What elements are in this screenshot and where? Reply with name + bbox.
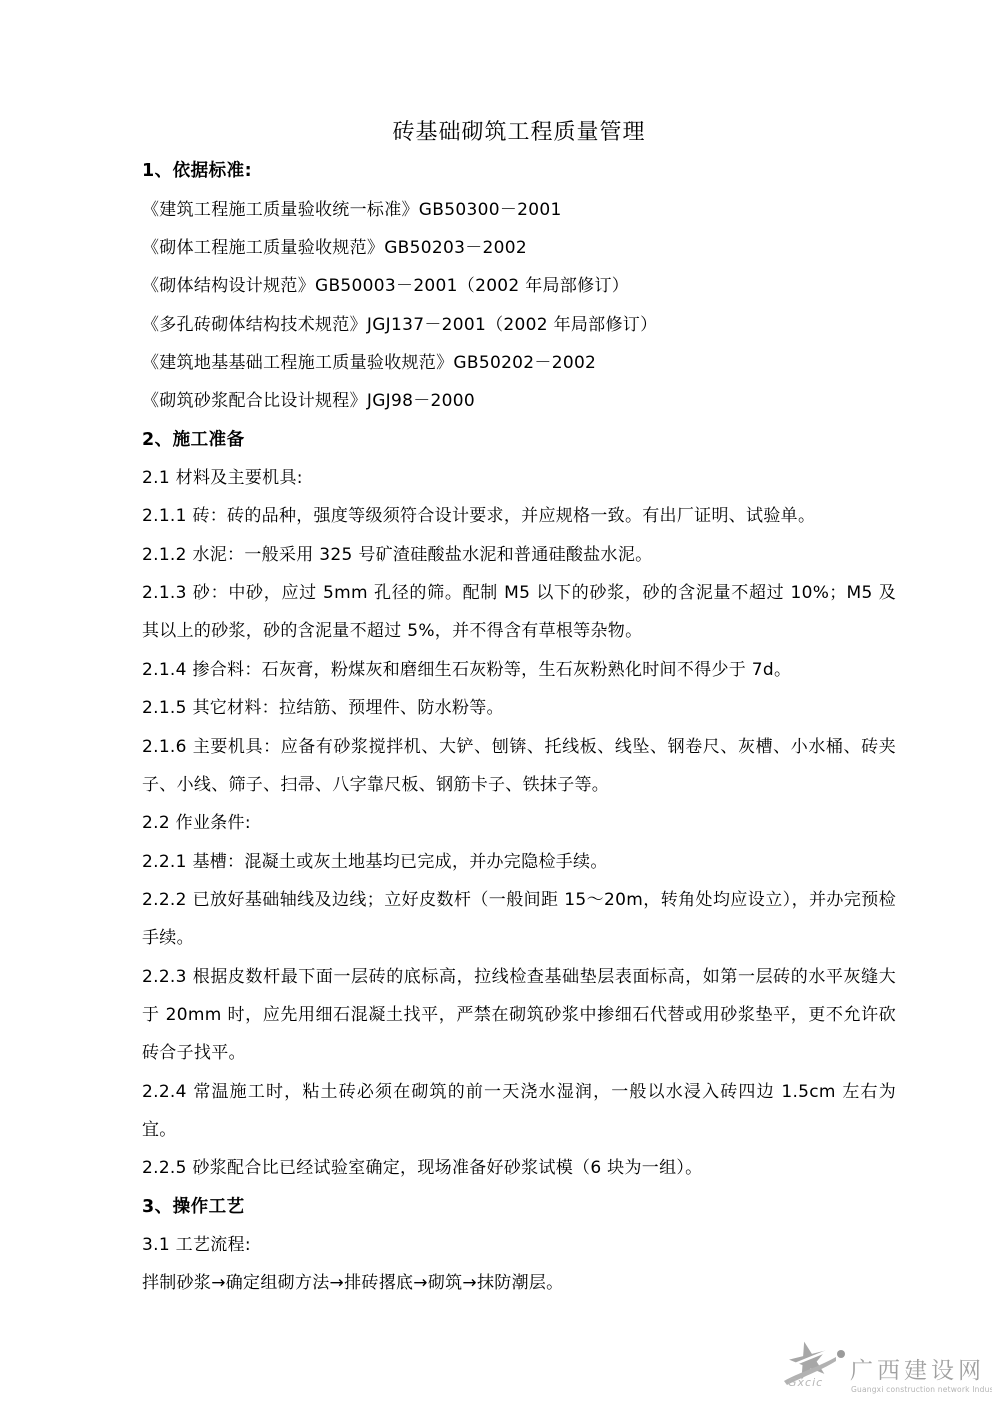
paragraph-2-2-2: 2.2.2 已放好基础轴线及边线；立好皮数杆（一般间距 15～20m，转角处均应… (142, 881, 896, 958)
paragraph-2-2-5: 2.2.5 砂浆配合比已经试验室确定，现场准备好砂浆试模（6 块为一组）。 (142, 1149, 896, 1187)
page-title: 砖基础砌筑工程质量管理 (142, 114, 896, 152)
reference-item: 《砌体工程施工质量验收规范》GB50203－2002 (142, 229, 896, 267)
reference-item: 《砌体结构设计规范》GB50003－2001（2002 年局部修订） (142, 267, 896, 305)
dot-icon (837, 1350, 845, 1358)
document-page: { "document": { "title": "砖基础砌筑工程质量管理", … (0, 0, 992, 1403)
reference-item: 《建筑地基基础工程施工质量验收规范》GB50202－2002 (142, 344, 896, 382)
paragraph-3-1: 3.1 工艺流程: (142, 1226, 896, 1264)
document-body: 砖基础砌筑工程质量管理 1、依据标准: 《建筑工程施工质量验收统一标准》GB50… (142, 114, 896, 1303)
paragraph-2-1-1: 2.1.1 砖：砖的品种，强度等级须符合设计要求，并应规格一致。有出厂证明、试验… (142, 497, 896, 535)
paragraph-2-1-4: 2.1.4 掺合料：石灰膏，粉煤灰和磨细生石灰粉等，生石灰粉熟化时间不得少于 7… (142, 651, 896, 689)
paragraph-process-flow: 拌制砂浆→确定组砌方法→排砖撂底→砌筑→抹防潮层。 (142, 1264, 896, 1302)
reference-item: 《建筑工程施工质量验收统一标准》GB50300－2001 (142, 191, 896, 229)
paragraph-2-2-4: 2.2.4 常温施工时，粘土砖必须在砌筑的前一天浇水湿润，一般以水浸入砖四边 1… (142, 1073, 896, 1150)
paragraph-2-1-5: 2.1.5 其它材料：拉结筋、预埋件、防水粉等。 (142, 689, 896, 727)
watermark-site-name: 广西建设网 (850, 1352, 985, 1385)
paragraph-2-1: 2.1 材料及主要机具: (142, 459, 896, 497)
paragraph-2-2: 2.2 作业条件: (142, 804, 896, 842)
watermark-script: Gxcic (788, 1376, 823, 1389)
section-heading-operation: 3、操作工艺 (142, 1188, 896, 1226)
reference-item: 《多孔砖砌体结构技术规范》JGJ137－2001（2002 年局部修订） (142, 306, 896, 344)
paragraph-2-2-1: 2.2.1 基槽：混凝土或灰土地基均已完成，并办完隐检手续。 (142, 843, 896, 881)
section-heading-standards: 1、依据标准: (142, 152, 896, 190)
watermark: Gxcic 广西建设网 Guangxi construction network… (780, 1338, 992, 1402)
reference-item: 《砌筑砂浆配合比设计规程》JGJ98－2000 (142, 382, 896, 420)
section-heading-preparation: 2、施工准备 (142, 421, 896, 459)
paragraph-2-1-6: 2.1.6 主要机具：应备有砂浆搅拌机、大铲、刨锛、托线板、线坠、钢卷尺、灰槽、… (142, 728, 896, 805)
watermark-tagline: Guangxi construction network Industry Ed… (851, 1385, 992, 1394)
paragraph-2-1-2: 2.1.2 水泥：一般采用 325 号矿渣硅酸盐水泥和普通硅酸盐水泥。 (142, 536, 896, 574)
paragraph-2-1-3: 2.1.3 砂：中砂，应过 5mm 孔径的筛。配制 M5 以下的砂浆，砂的含泥量… (142, 574, 896, 651)
paragraph-2-2-3: 2.2.3 根据皮数杆最下面一层砖的底标高，拉线检查基础垫层表面标高，如第一层砖… (142, 958, 896, 1073)
